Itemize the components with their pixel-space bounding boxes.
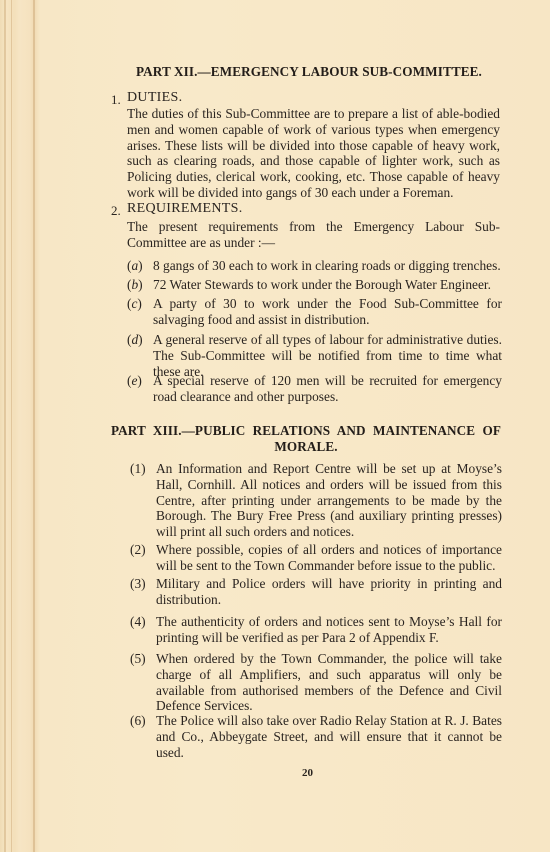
binding-edge	[4, 0, 6, 852]
part-xiii-title: PART XIII.—PUBLIC RELATIONS AND MAINTENA…	[111, 423, 501, 439]
item-text: When ordered by the Town Commander, the …	[156, 651, 502, 714]
document-page: PART XII.—EMERGENCY LABOUR SUB-COMMITTEE…	[0, 0, 550, 852]
item-text: The Police will also take over Radio Rel…	[156, 713, 502, 760]
item-marker: (a)	[127, 258, 143, 274]
part-xii-title: PART XII.—EMERGENCY LABOUR SUB-COMMITTEE…	[136, 64, 482, 80]
item-marker: (1)	[130, 461, 146, 477]
item-text: 8 gangs of 30 each to work in clearing r…	[153, 258, 502, 274]
item-marker: (3)	[130, 576, 146, 592]
part-xiii-title-continued: MORALE.	[111, 439, 501, 455]
item-marker: (5)	[130, 651, 146, 667]
item-marker: (d)	[127, 332, 143, 348]
binding-edge	[11, 0, 12, 852]
section-number: 2.	[111, 203, 121, 219]
item-text: A special reserve of 120 men will be rec…	[153, 373, 502, 405]
section-number: 1.	[111, 92, 121, 108]
item-text: 72 Water Stewards to work under the Boro…	[153, 277, 502, 293]
binding-edge	[33, 0, 35, 852]
section-heading-duties: DUTIES.	[127, 90, 182, 106]
requirements-intro: The present requirements from the Emerge…	[127, 219, 500, 251]
item-text: A party of 30 to work under the Food Sub…	[153, 296, 502, 328]
item-marker: (b)	[127, 277, 143, 293]
item-text: Where possible, copies of all orders and…	[156, 542, 502, 574]
item-text: An Information and Report Centre will be…	[156, 461, 502, 540]
item-marker: (2)	[130, 542, 146, 558]
section-heading-requirements: REQUIREMENTS.	[127, 201, 243, 217]
item-marker: (e)	[127, 373, 142, 389]
item-marker: (6)	[130, 713, 146, 729]
page-number: 20	[302, 767, 313, 779]
duties-paragraph: The duties of this Sub-Committee are to …	[127, 106, 500, 201]
item-text: The authenticity of orders and notices s…	[156, 614, 502, 646]
item-text: Military and Police orders will have pri…	[156, 576, 502, 608]
item-marker: (4)	[130, 614, 146, 630]
item-marker: (c)	[127, 296, 142, 312]
